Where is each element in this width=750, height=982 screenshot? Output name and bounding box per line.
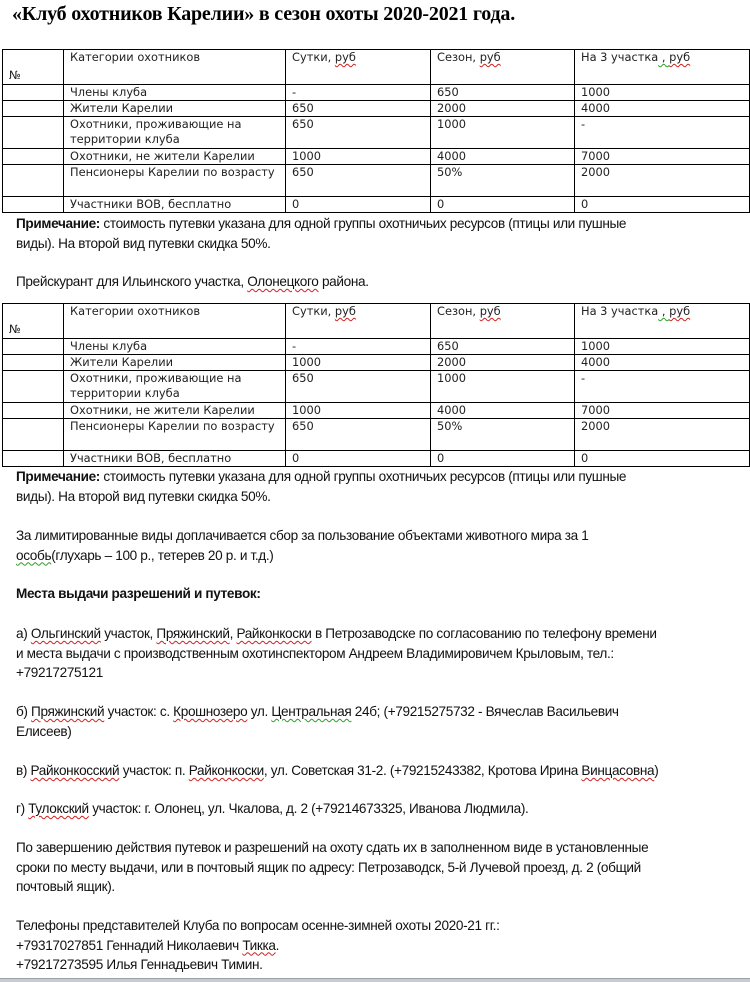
note-label: Примечание: bbox=[16, 216, 100, 231]
price-table-ilinsky: № Категории охотников Сутки, руб Сезон, … bbox=[2, 303, 750, 467]
header-day-price: Сутки, руб bbox=[286, 50, 431, 85]
spellcheck-rub: руб bbox=[669, 50, 690, 64]
contacts: Телефоны представителей Клуба по вопроса… bbox=[16, 916, 750, 975]
spellcheck-rub: руб bbox=[335, 50, 356, 64]
table-row: Участники ВОВ, бесплатно000 bbox=[3, 451, 750, 467]
places-heading: Места выдачи разрешений и путевок: bbox=[16, 584, 750, 604]
return-instructions: По завершению действия путевок и разреше… bbox=[16, 838, 750, 897]
header-day-price: Сутки, руб bbox=[286, 304, 431, 339]
price-table-main: № Категории охотников Сутки, руб Сезон, … bbox=[2, 49, 750, 213]
table-header-row: № Категории охотников Сутки, руб Сезон, … bbox=[3, 50, 750, 85]
place-g: г) Тулокский участок: г. Олонец, ул. Чка… bbox=[16, 799, 750, 819]
table-row: Охотники, не жители Карелии100040007000 bbox=[3, 149, 750, 165]
note-main: Примечание: стоимость путевки указана дл… bbox=[16, 214, 750, 253]
place-a: а) Ольгинский участок, Пряжинский, Райко… bbox=[16, 624, 750, 683]
table-row: Члены клуба-6501000 bbox=[3, 339, 750, 355]
header-number: № bbox=[3, 304, 64, 339]
header-season-price: Сезон, руб bbox=[431, 304, 575, 339]
table-row: Участники ВОВ, бесплатно000 bbox=[3, 197, 750, 213]
spellcheck-rub: руб bbox=[480, 50, 501, 64]
table-row: Жители Карелии65020004000 bbox=[3, 101, 750, 117]
place-v: в) Райконкосский участок: п. Райконкоски… bbox=[16, 761, 750, 781]
header-season-label: Сезон, bbox=[437, 50, 480, 64]
header-day-label: Сутки, bbox=[292, 50, 335, 64]
table-row: Охотники, проживающие на территории клуб… bbox=[3, 117, 750, 149]
window-bottom-edge bbox=[0, 978, 750, 982]
header-category: Категории охотников bbox=[64, 304, 286, 339]
header-three-plots-price: На 3 участка , руб bbox=[575, 50, 750, 85]
price-list-caption: Прейскурант для Ильинского участка, Олон… bbox=[16, 272, 750, 292]
note-label: Примечание: bbox=[16, 469, 100, 484]
table-row: Охотники, не жители Карелии100040007000 bbox=[3, 403, 750, 419]
header-number: № bbox=[3, 50, 64, 85]
limited-species-fee: За лимитированные виды доплачивается сбо… bbox=[16, 526, 750, 565]
table-row: Пенсионеры Карелии по возрасту65050%2000 bbox=[3, 165, 750, 197]
header-category: Категории охотников bbox=[64, 50, 286, 85]
table-row: Пенсионеры Карелии по возрасту65050%2000 bbox=[3, 419, 750, 451]
table-row: Жители Карелии100020004000 bbox=[3, 355, 750, 371]
document-title: «Клуб охотников Карелии» в сезон охоты 2… bbox=[12, 2, 515, 26]
table-header-row: № Категории охотников Сутки, руб Сезон, … bbox=[3, 304, 750, 339]
table-row: Члены клуба-6501000 bbox=[3, 85, 750, 101]
place-b: б) Пряжинский участок: с. Крошнозеро ул.… bbox=[16, 702, 750, 741]
header-three-label: На 3 участка bbox=[581, 50, 658, 64]
note-ilinsky: Примечание: стоимость путевки указана дл… bbox=[16, 467, 750, 506]
table-row: Охотники, проживающие на территории клуб… bbox=[3, 371, 750, 403]
header-season-price: Сезон, руб bbox=[431, 50, 575, 85]
grammar-mark: , bbox=[658, 50, 669, 64]
header-three-plots-price: На 3 участка , руб bbox=[575, 304, 750, 339]
